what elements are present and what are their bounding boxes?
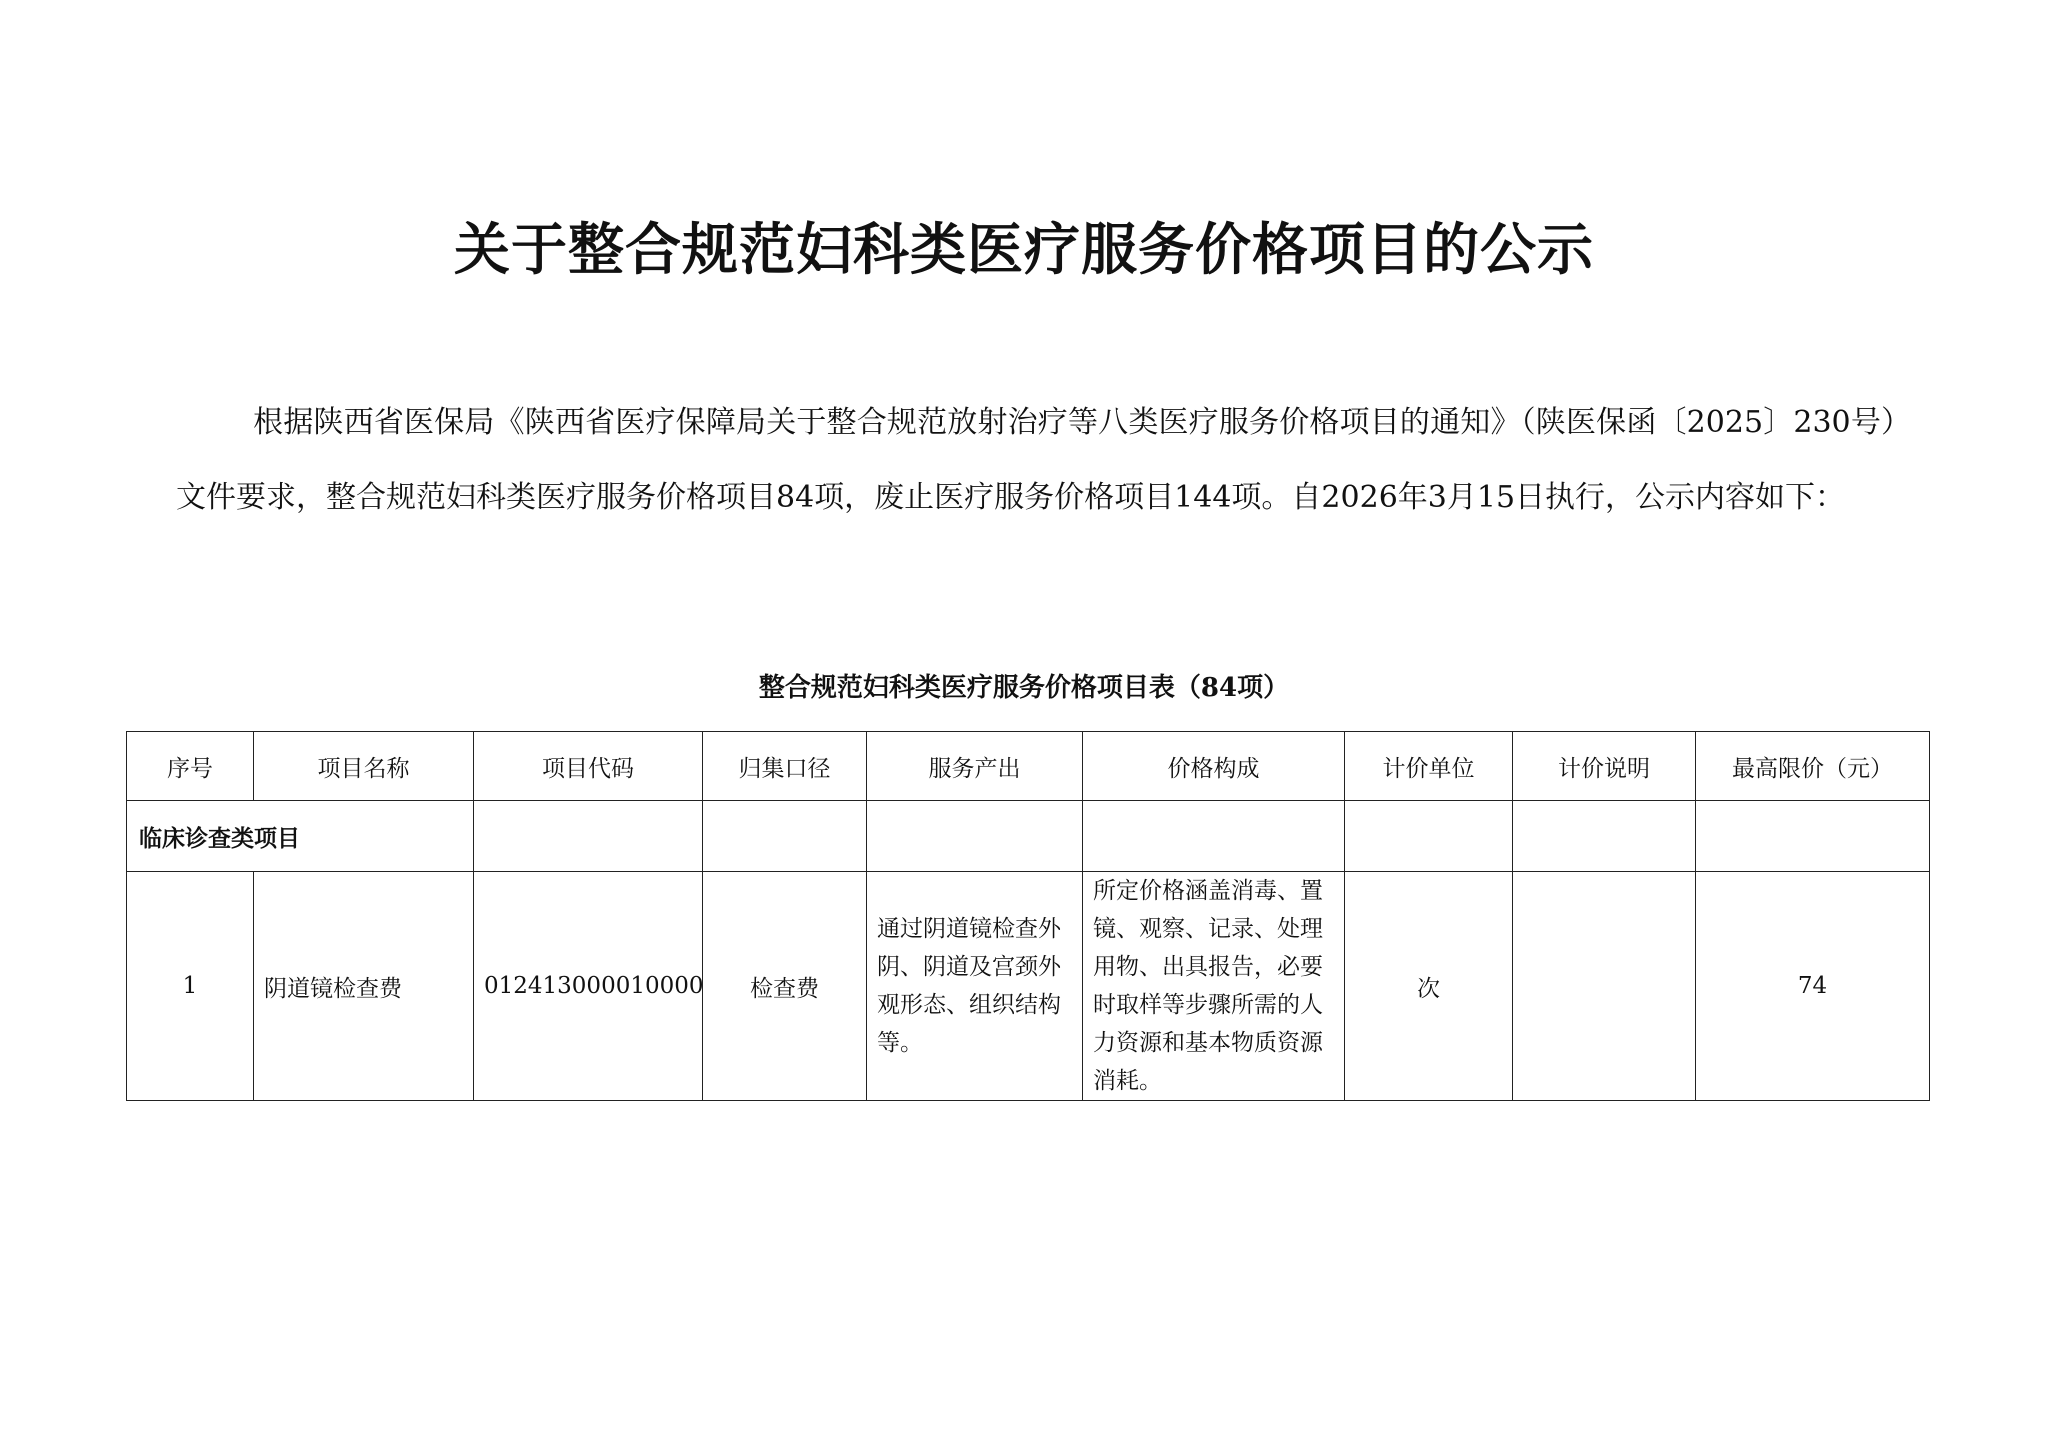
cell-max-price: 74 bbox=[1696, 872, 1930, 1101]
cell-item-name: 阴道镜检查费 bbox=[254, 872, 474, 1101]
header-item-code: 项目代码 bbox=[474, 732, 703, 801]
section-cell bbox=[474, 801, 703, 872]
section-cell bbox=[1083, 801, 1345, 872]
section-cell bbox=[703, 801, 867, 872]
table-header-row: 序号 项目名称 项目代码 归集口径 服务产出 价格构成 计价单位 计价说明 最高… bbox=[127, 732, 1930, 801]
cell-unit: 次 bbox=[1345, 872, 1513, 1101]
header-note: 计价说明 bbox=[1513, 732, 1696, 801]
header-unit: 计价单位 bbox=[1345, 732, 1513, 801]
section-row: 临床诊查类项目 bbox=[127, 801, 1930, 872]
cell-item-code: 012413000010000 bbox=[474, 872, 703, 1101]
header-item-name: 项目名称 bbox=[254, 732, 474, 801]
header-max-price: 最高限价（元） bbox=[1696, 732, 1930, 801]
header-seq: 序号 bbox=[127, 732, 254, 801]
cell-note bbox=[1513, 872, 1696, 1101]
cell-price-composition: 所定价格涵盖消毒、置镜、观察、记录、处理用物、出具报告，必要时取样等步骤所需的人… bbox=[1083, 872, 1345, 1101]
price-items-table: 序号 项目名称 项目代码 归集口径 服务产出 价格构成 计价单位 计价说明 最高… bbox=[126, 731, 1930, 1101]
cell-service-output: 通过阴道镜检查外阴、阴道及宫颈外观形态、组织结构等。 bbox=[867, 872, 1083, 1101]
intro-paragraph-text: 根据陕西省医保局《陕西省医疗保障局关于整合规范放射治疗等八类医疗服务价格项目的通… bbox=[176, 405, 1896, 515]
header-price-composition: 价格构成 bbox=[1083, 732, 1345, 801]
section-label: 临床诊查类项目 bbox=[127, 801, 474, 872]
header-service-output: 服务产出 bbox=[867, 732, 1083, 801]
header-category: 归集口径 bbox=[703, 732, 867, 801]
cell-category: 检查费 bbox=[703, 872, 867, 1101]
table-caption: 整合规范妇科类医疗服务价格项目表（84项） bbox=[0, 668, 2048, 708]
document-title: 关于整合规范妇科类医疗服务价格项目的公示 bbox=[0, 218, 2048, 282]
section-cell bbox=[1345, 801, 1513, 872]
section-cell bbox=[1513, 801, 1696, 872]
cell-seq: 1 bbox=[127, 872, 254, 1101]
section-cell bbox=[867, 801, 1083, 872]
intro-paragraph: 根据陕西省医保局《陕西省医疗保障局关于整合规范放射治疗等八类医疗服务价格项目的通… bbox=[176, 385, 1896, 535]
table-row: 1 阴道镜检查费 012413000010000 检查费 通过阴道镜检查外阴、阴… bbox=[127, 872, 1930, 1101]
section-cell bbox=[1696, 801, 1930, 872]
